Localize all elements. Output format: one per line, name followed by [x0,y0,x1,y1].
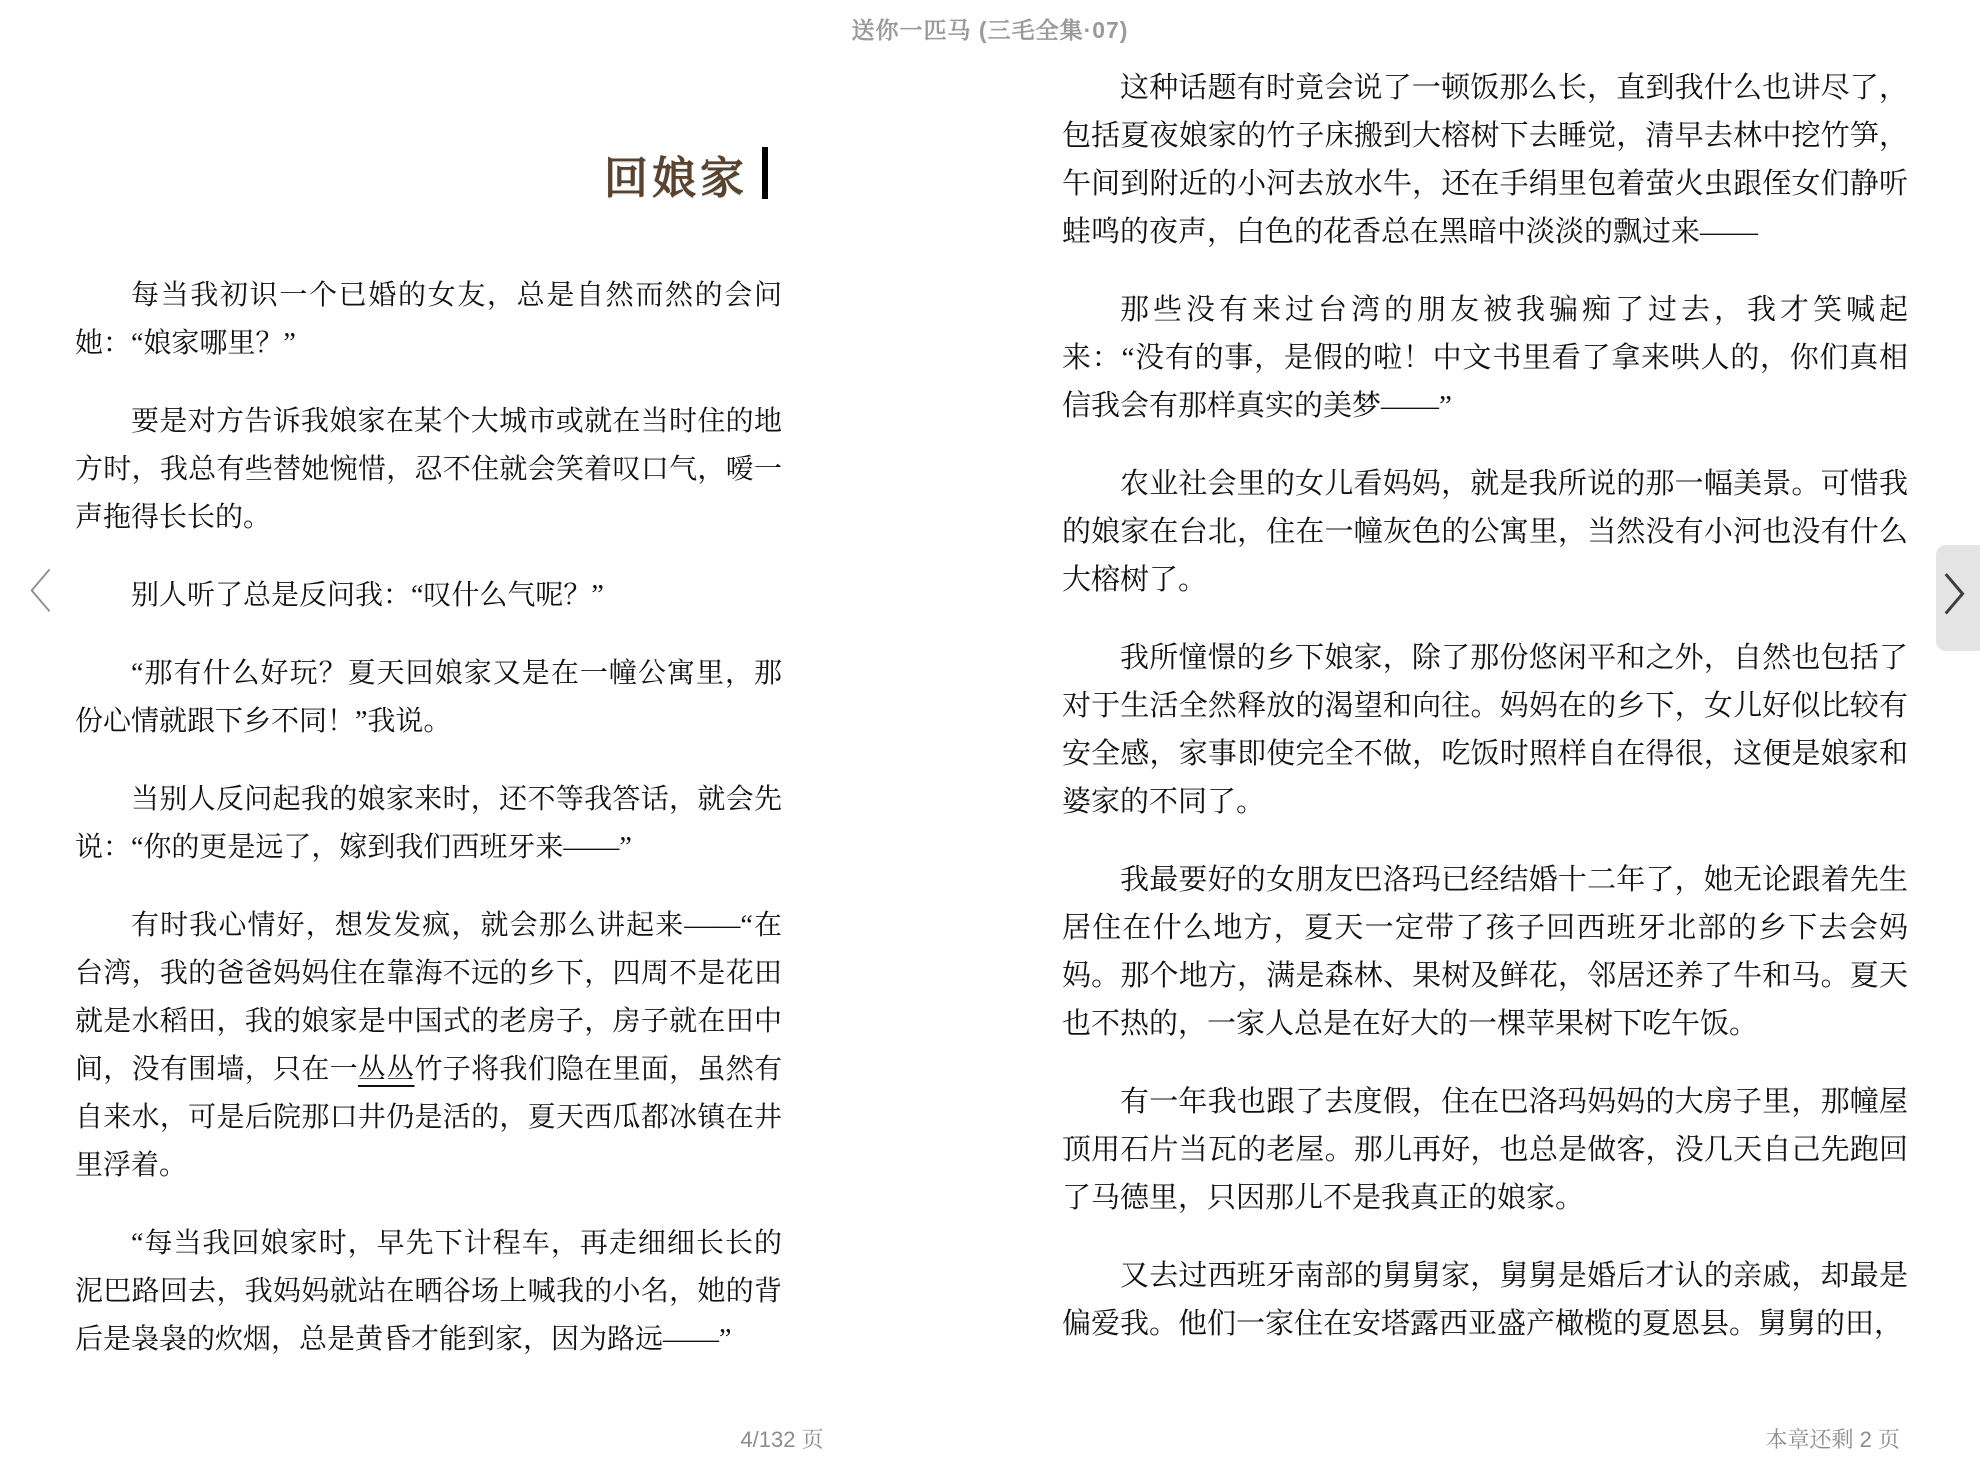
paragraph: 又去过西班牙南部的舅舅家，舅舅是婚后才认的亲戚，却最是偏爱我。他们一家住在安塔露… [1062,1252,1908,1348]
paragraph: 别人听了总是反问我：“叹什么气呢？” [75,572,782,620]
paragraph: 农业社会里的女儿看妈妈，就是我所说的那一幅美景。可惜我的娘家在台北，住在一幢灰色… [1062,460,1908,604]
paragraph: 每当我初识一个已婚的女友，总是自然而然的会问她：“娘家哪里？” [75,272,782,368]
paragraph: 我最要好的女朋友巴洛玛已经结婚十二年了，她无论跟着先生居住在什么地方，夏天一定带… [1062,856,1908,1048]
left-text-column: 回娘家 回娘家 每当我初识一个已婚的女友，总是自然而然的会问她：“娘家哪里？”要… [75,142,782,1394]
paragraph: 要是对方告诉我娘家在某个大城市或就在当时住的地方时，我总有些替她惋惜，忍不住就会… [75,398,782,542]
paragraph: “那有什么好玩？夏天回娘家又是在一幢公寓里，那份心情就跟下乡不同！”我说。 [75,650,782,746]
chapter-title: 回娘家 [604,154,748,203]
ebook-reader-page: 送你一匹马 (三毛全集·07) 回娘家 回娘家 每当我初识一个已婚的女友，总是自… [0,0,1980,1474]
title-cursor-bar [762,147,768,199]
chapter-pages-remaining: 本章还剩 2 页 [1766,1423,1900,1454]
right-text-column: 这种话题有时竟会说了一顿饭那么长，直到我什么也讲尽了，包括夏夜娘家的竹子床搬到大… [1062,64,1908,1378]
paragraph: 这种话题有时竟会说了一顿饭那么长，直到我什么也讲尽了，包括夏夜娘家的竹子床搬到大… [1062,64,1908,256]
chapter-title-block: 回娘家 回娘家 [75,142,782,244]
page-indicator: 4/132 页 [740,1423,823,1454]
paragraph: 有时我心情好，想发发疯，就会那么讲起来——“在台湾，我的爸爸妈妈住在靠海不远的乡… [75,902,782,1190]
previous-page-chevron-icon[interactable]: 〈 [6,562,52,622]
paragraph: “每当我回娘家时，早先下计程车，再走细细长长的泥巴路回去，我妈妈就站在晒谷场上喊… [75,1220,782,1364]
next-page-chevron-icon: 〉 [1944,569,1980,623]
book-title: 送你一匹马 (三毛全集·07) [0,12,1980,45]
next-page-button[interactable]: 〉 [1936,545,1980,651]
left-column-paragraphs: 每当我初识一个已婚的女友，总是自然而然的会问她：“娘家哪里？”要是对方告诉我娘家… [75,272,782,1364]
paragraph: 当别人反问起我的娘家来时，还不等我答话，就会先说：“你的更是远了，嫁到我们西班牙… [75,776,782,872]
paragraph: 有一年我也跟了去度假，住在巴洛玛妈妈的大房子里，那幢屋顶用石片当瓦的老屋。那儿再… [1062,1078,1908,1222]
chapter-title-reflection: 回娘家 [75,208,768,244]
right-column-paragraphs: 这种话题有时竟会说了一顿饭那么长，直到我什么也讲尽了，包括夏夜娘家的竹子床搬到大… [1062,64,1908,1348]
paragraph: 我所憧憬的乡下娘家，除了那份悠闲平和之外，自然也包括了对于生活全然释放的渴望和向… [1062,634,1908,826]
paragraph: 那些没有来过台湾的朋友被我骗痴了过去，我才笑喊起来：“没有的事，是假的啦！中文书… [1062,286,1908,430]
